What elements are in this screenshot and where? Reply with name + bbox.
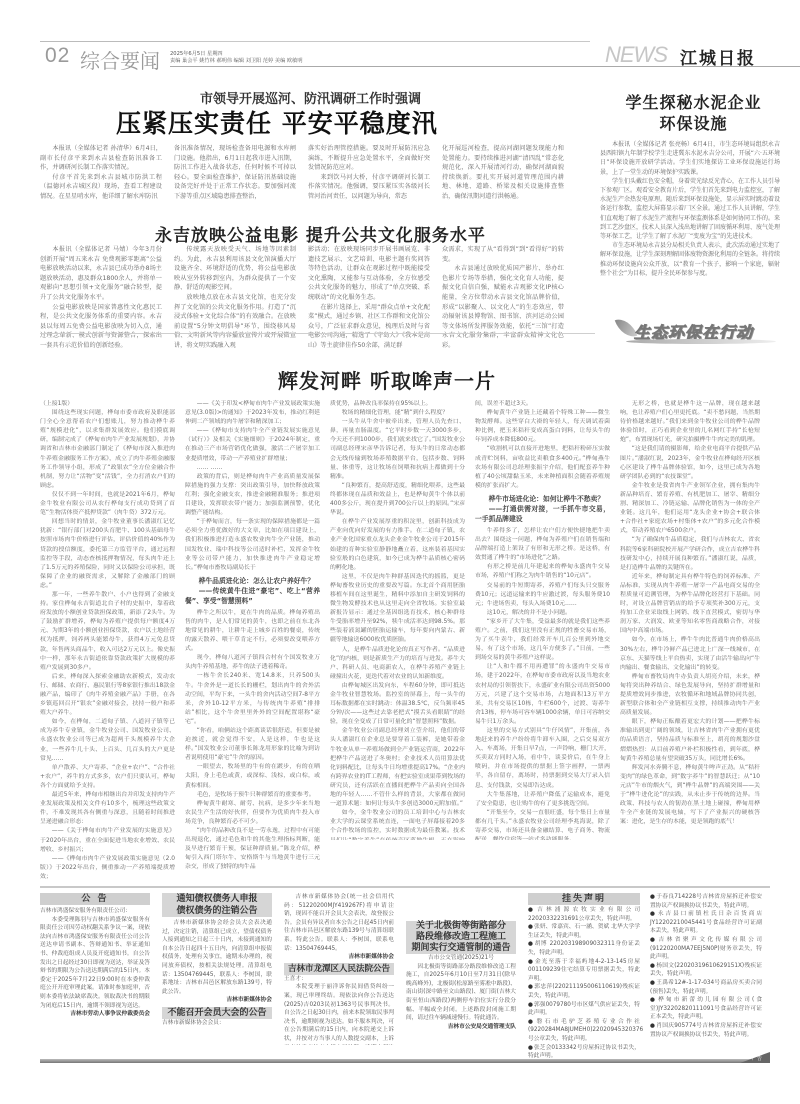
article-column: 众需求，实现了从“看得到”到“看得好”的转变。 永吉县通过放映优质国产影片、举办…	[442, 245, 564, 351]
header-meta: 2025年6月5日 星期四 责编 巢会平 姚竹林 郝明伟 编辑 刘卫阳 范婷 美…	[170, 51, 303, 65]
article-column: ——《关于印发<桦甸市肉牛产业发展政策实施意见(3.0版)>的通知》于2023年…	[185, 400, 320, 873]
notice-title: 公 告	[40, 893, 150, 905]
article-column: 传统露天放映受天气、场地等因素制约。为此，永吉县利用该县文化馆演播大厅设施齐全、…	[174, 245, 296, 351]
labor-arbitration-notice: 公 告 吉林市鸿盛保安服务有限责任公司： 本委受理陈羽与吉林市鸿盛保安服务有限责…	[40, 893, 150, 1019]
news-label: NEWS	[605, 42, 667, 68]
article-headline[interactable]: 学生探秘水泥企业 环保设施	[606, 92, 781, 134]
member-meeting-notice: 吉林市新媒体协会(统一社会信用代码：51220200MJY419267F)将申请…	[284, 893, 394, 1045]
notice-title: 挂失声明	[528, 893, 640, 905]
section-divider	[40, 333, 595, 334]
section-title: 综合要闻	[80, 45, 160, 74]
article-headline[interactable]: 辉发河畔 听取哞声一片	[278, 365, 496, 394]
article-column: 间，误差不超过3天。 桦甸黄牛产业链上还藏着个特殊工种——微生物发酵师。这些穿白…	[475, 400, 610, 840]
deregistration-notice: 通知债权债务人申报 债权债务的注销公告 吉林市新媒体协会经会员大会表决通过，决定…	[162, 893, 272, 1028]
subheading: ——打通供需对接，一手抓牛市交易，一手抓品牌建设	[475, 504, 610, 524]
ad-tag-label: 广告	[752, 1055, 762, 1062]
ads-bottom-rule	[40, 1059, 770, 1063]
notice-title: 关于北极街等街路部分 路段维修改造工程施工 期间实行交通管制的通告	[406, 921, 516, 954]
paper-logo: 江城日报	[680, 44, 756, 69]
article-headline[interactable]: 压紧压实责任 平安平稳度汛	[116, 104, 438, 140]
article-column: 无形之桥，也就是桦牛这一品牌，现在越来越响，也让养殖户们心里更托底。“卖不愁问题…	[620, 400, 760, 840]
article-column: 备汛准备情况，现场检查备用电源和水库闸门设施。他指出，6月1日起我市进入汛期，防…	[174, 144, 296, 202]
lost-notices-col2: 于春良714228号吉林省房屋拆迁补偿安置协议产权调换协议书丢失，特此声明。 永…	[650, 893, 762, 1039]
notice-title: 通知债权债务人申报 债权债务的注销公告	[162, 893, 272, 917]
subheading: ——传统黄牛住进“豪宅”、吃上“营养餐”、享受“智慧照料”	[185, 586, 320, 606]
editor-credits: 责编 巢会平 姚竹林 郝明伟 编辑 刘卫阳 范婷 美编 欧敏明	[170, 58, 303, 65]
article-column: 质优势，品种改良率保持在95%以上。 牧场的精细化管理，能“精”到什么程度？ 一…	[330, 400, 465, 840]
ads-top-rule	[40, 886, 770, 888]
article-column: 本报讯（全媒体记者 马婧）今年3月份创新开展“周五来永吉 免费观影零距离”公益电…	[40, 245, 162, 351]
notice-title: 吉林市龙潭区人民法院公告	[284, 963, 394, 975]
header-rule	[170, 41, 590, 42]
subheading: 桦牛市场进化论：如何让桦牛不愁卖？	[475, 494, 610, 504]
notice-title: 不能召开会员大会的公告	[162, 1007, 272, 1019]
eco-banner: 生态环保在行动	[616, 315, 781, 345]
traffic-control-notice: 关于北极街等街路部分 路段维修改造工程施工 期间实行交通管制的通告 吉市公交管通…	[406, 893, 516, 1031]
swoosh-decoration	[626, 339, 776, 344]
article-headline[interactable]: 永吉放映公益电影 提升公共文化服务水平	[155, 221, 486, 246]
subheading: 桦牛品质进化论：怎么让农户养好牛？	[185, 576, 320, 586]
article-column: 影活动；在放映现场同步开展书画展览、非遗技艺展示、文艺培训、电影主题有奖问答等特…	[308, 245, 430, 351]
article-body: 本报讯（全媒体记者 张亮畅）6月4日，市生态环境局组织永吉县西阳镇九年制学校学生…	[600, 140, 780, 278]
article-column: 本报讯（全媒体记者 孙清华）6月4日，副市长付彦平来到永吉县检查防汛准备工作，并…	[40, 144, 162, 202]
lost-notices-col1: 挂失声明 吉林浦源农牧实业有限公司22020332231691公章丢失，特此声明…	[528, 893, 640, 1061]
article-column: 化开展巡河检查，提高河湖问题发现能力和处置能力。要持续推进河湖“清四乱”常态化规…	[442, 144, 564, 202]
article-column: 落实好治理管控措施。要及时开展防汛应急演练，不断提升应急处置水平，全面做好突发情…	[308, 144, 430, 202]
article-column: （上接1版） 围绕这些现实问题，桦甸市委市政府及职能部门全心全意帮着农户们想账儿…	[40, 400, 175, 882]
issue-date: 2025年6月5日 星期四	[170, 51, 303, 58]
page-number: 02	[45, 44, 70, 68]
